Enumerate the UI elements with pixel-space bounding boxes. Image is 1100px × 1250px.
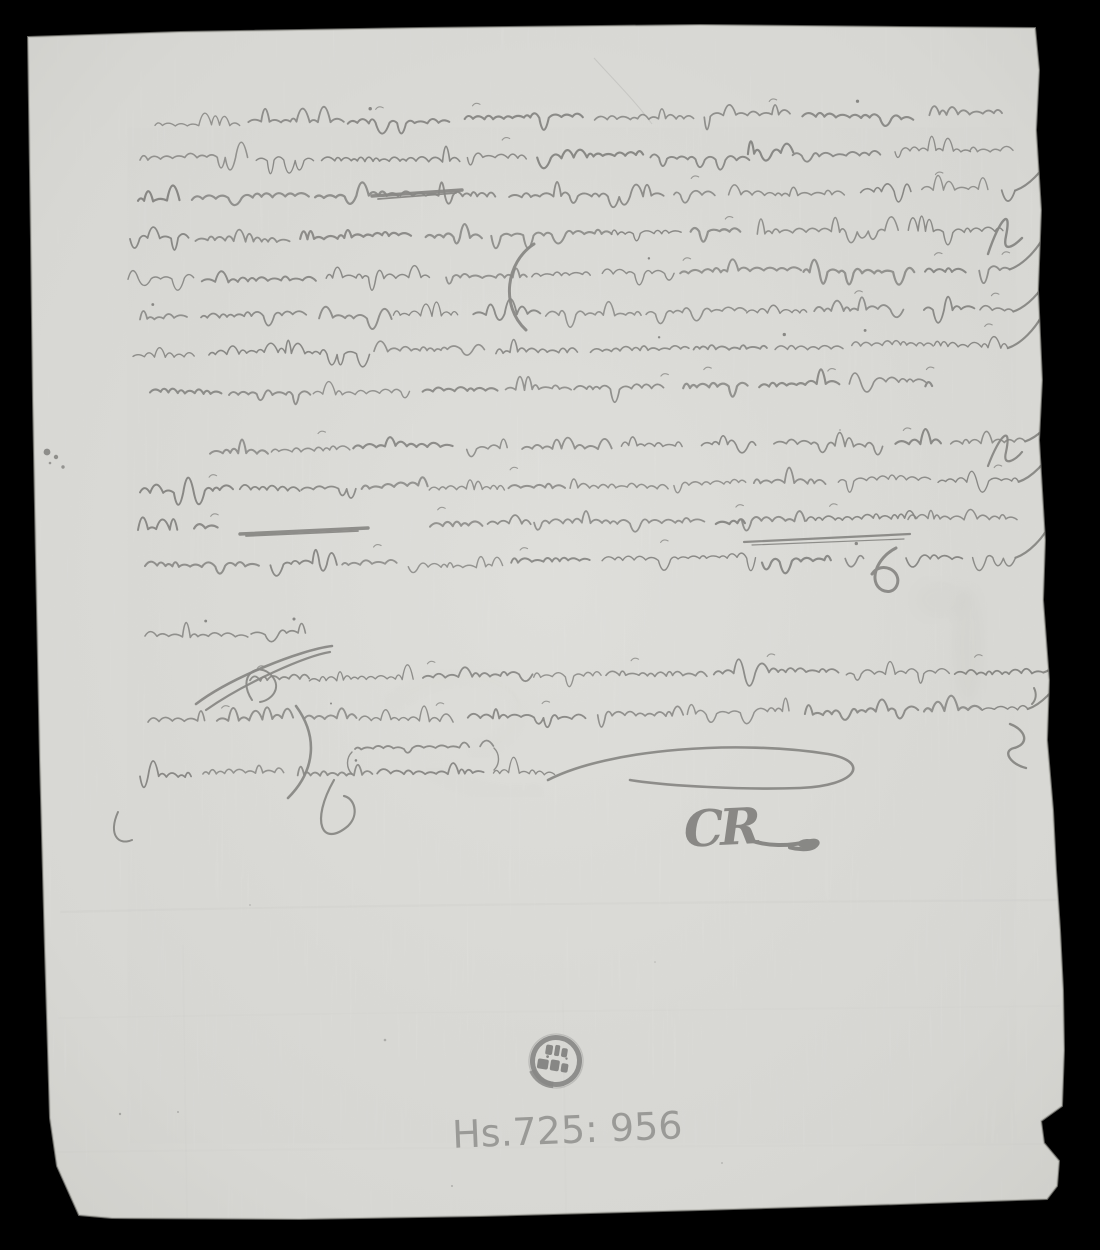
paper-edge [28, 25, 1064, 1219]
manuscript-scan: CR Hs.725: 956 [0, 0, 1100, 1250]
manuscript-page: CR Hs.725: 956 [0, 0, 1100, 1250]
